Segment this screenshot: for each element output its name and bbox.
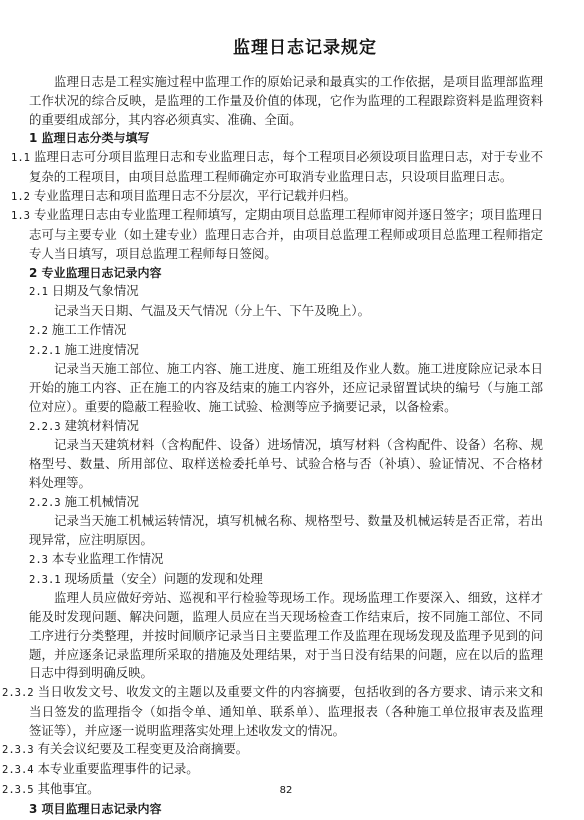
clause-number: 1.2 — [11, 191, 30, 203]
subsection-number: 2.3 — [29, 554, 48, 566]
subsection-2-2-heading: 2.2 施工工作情况 — [29, 321, 543, 341]
section-3-heading: 3 项目监理日志记录内容 — [29, 800, 543, 819]
subsection-2-2-1-body: 记录当天施工部位、施工内容、施工进度、施工班组及作业人数。施工进度除应记录本日开… — [29, 360, 543, 416]
subsection-2-3-heading: 2.3 本专业监理工作情况 — [29, 550, 543, 570]
subsection-title: 施工机械情况 — [65, 494, 139, 509]
subsection-2-3-1-body: 监理人员应做好旁站、巡视和平行检验等现场工作。现场监理工作要深入、细致，这样才能… — [29, 589, 543, 683]
subsection-title: 建筑材料情况 — [65, 418, 139, 433]
subsection-number: 2.2.1 — [29, 345, 61, 357]
document-page: 监理日志记录规定 监理日志是工程实施过程中监理工作的原始记录和最真实的工作依据，… — [0, 0, 584, 820]
document-body: 监理日志是工程实施过程中监理工作的原始记录和最真实的工作依据，是项目监理部监理工… — [29, 73, 543, 818]
clause-number: 1.3 — [11, 210, 30, 222]
subsection-number: 2.2.3 — [29, 497, 61, 509]
subsection-number: 2.2 — [29, 325, 48, 337]
section-1-heading: 1 监理日志分类与填写 — [29, 129, 543, 148]
subsection-2-2-3-machinery-heading: 2.2.3 施工机械情况 — [29, 493, 543, 513]
clause-number: 2.3.2 — [2, 687, 34, 699]
subsection-number: 2.2.3 — [29, 421, 61, 433]
subsection-title: 施工进度情况 — [65, 342, 139, 357]
intro-paragraph: 监理日志是工程实施过程中监理工作的原始记录和最真实的工作依据，是项目监理部监理工… — [29, 73, 543, 129]
subsection-2-1-body: 记录当天日期、气温及天气情况（分上午、下午及晚上）。 — [29, 302, 543, 321]
clause-1-2: 1.2 专业监理日志和项目监理日志不分层次，平行记载并归档。 — [29, 187, 543, 207]
subsection-2-1-heading: 2.1 日期及气象情况 — [29, 282, 543, 302]
subsection-title: 施工工作情况 — [52, 322, 126, 337]
clause-2-3-4: 2.3.4 本专业重要监理事件的记录。 — [29, 760, 543, 780]
subsection-title: 本专业监理工作情况 — [52, 551, 164, 566]
clause-1-1: 1.1 监理日志可分项目监理日志和专业监理日志，每个工程项目必须设项目监理日志，… — [29, 148, 543, 187]
subsection-2-2-3-materials-heading: 2.2.3 建筑材料情况 — [29, 417, 543, 437]
clause-2-3-2: 2.3.2 当日收发文号、收发文的主题以及重要文件的内容摘要，包括收到的各方要求… — [29, 683, 543, 740]
clause-number: 2.3.4 — [2, 764, 34, 776]
document-title: 监理日志记录规定 — [0, 33, 584, 58]
clause-2-3-3: 2.3.3 有关会议纪要及工程变更及洽商摘要。 — [29, 740, 543, 760]
subsection-title: 现场质量（安全）问题的发现和处理 — [65, 571, 263, 586]
subsection-2-2-1-heading: 2.2.1 施工进度情况 — [29, 341, 543, 361]
clause-1-3: 1.3 专业监理日志由专业监理工程师填写，定期由项目总监理工程师审阅并逐日签字；… — [29, 206, 543, 263]
subsection-2-3-1-heading: 2.3.1 现场质量（安全）问题的发现和处理 — [29, 570, 543, 590]
clause-number: 1.1 — [11, 152, 30, 164]
subsection-2-2-3-materials-body: 记录当天建筑材料（含构配件、设备）进场情况，填写材料（含构配件、设备）名称、规格… — [29, 436, 543, 492]
clause-text: 监理日志可分项目监理日志和专业监理日志，每个工程项目必须设项目监理日志，对于专业… — [29, 149, 543, 184]
clause-text: 当日收发文号、收发文的主题以及重要文件的内容摘要，包括收到的各方要求、请示来文和… — [29, 684, 543, 738]
subsection-2-2-3-machinery-body: 记录当天施工机械运转情况，填写机械名称、规格型号、数量及机械运转是否正常，若出现… — [29, 512, 543, 550]
clause-number: 2.3.3 — [2, 744, 34, 756]
clause-text: 有关会议纪要及工程变更及洽商摘要。 — [38, 741, 249, 756]
subsection-number: 2.3.1 — [29, 574, 61, 586]
clause-text: 专业监理日志由专业监理工程师填写，定期由项目总监理工程师审阅并逐日签字；项目监理… — [29, 207, 543, 261]
page-number: 82 — [0, 785, 572, 796]
clause-text: 本专业重要监理事件的记录。 — [38, 761, 199, 776]
subsection-title: 日期及气象情况 — [52, 283, 139, 298]
clause-text: 专业监理日志和项目监理日志不分层次，平行记载并归档。 — [34, 188, 356, 203]
section-2-heading: 2 专业监理日志记录内容 — [29, 264, 543, 283]
subsection-number: 2.1 — [29, 286, 48, 298]
